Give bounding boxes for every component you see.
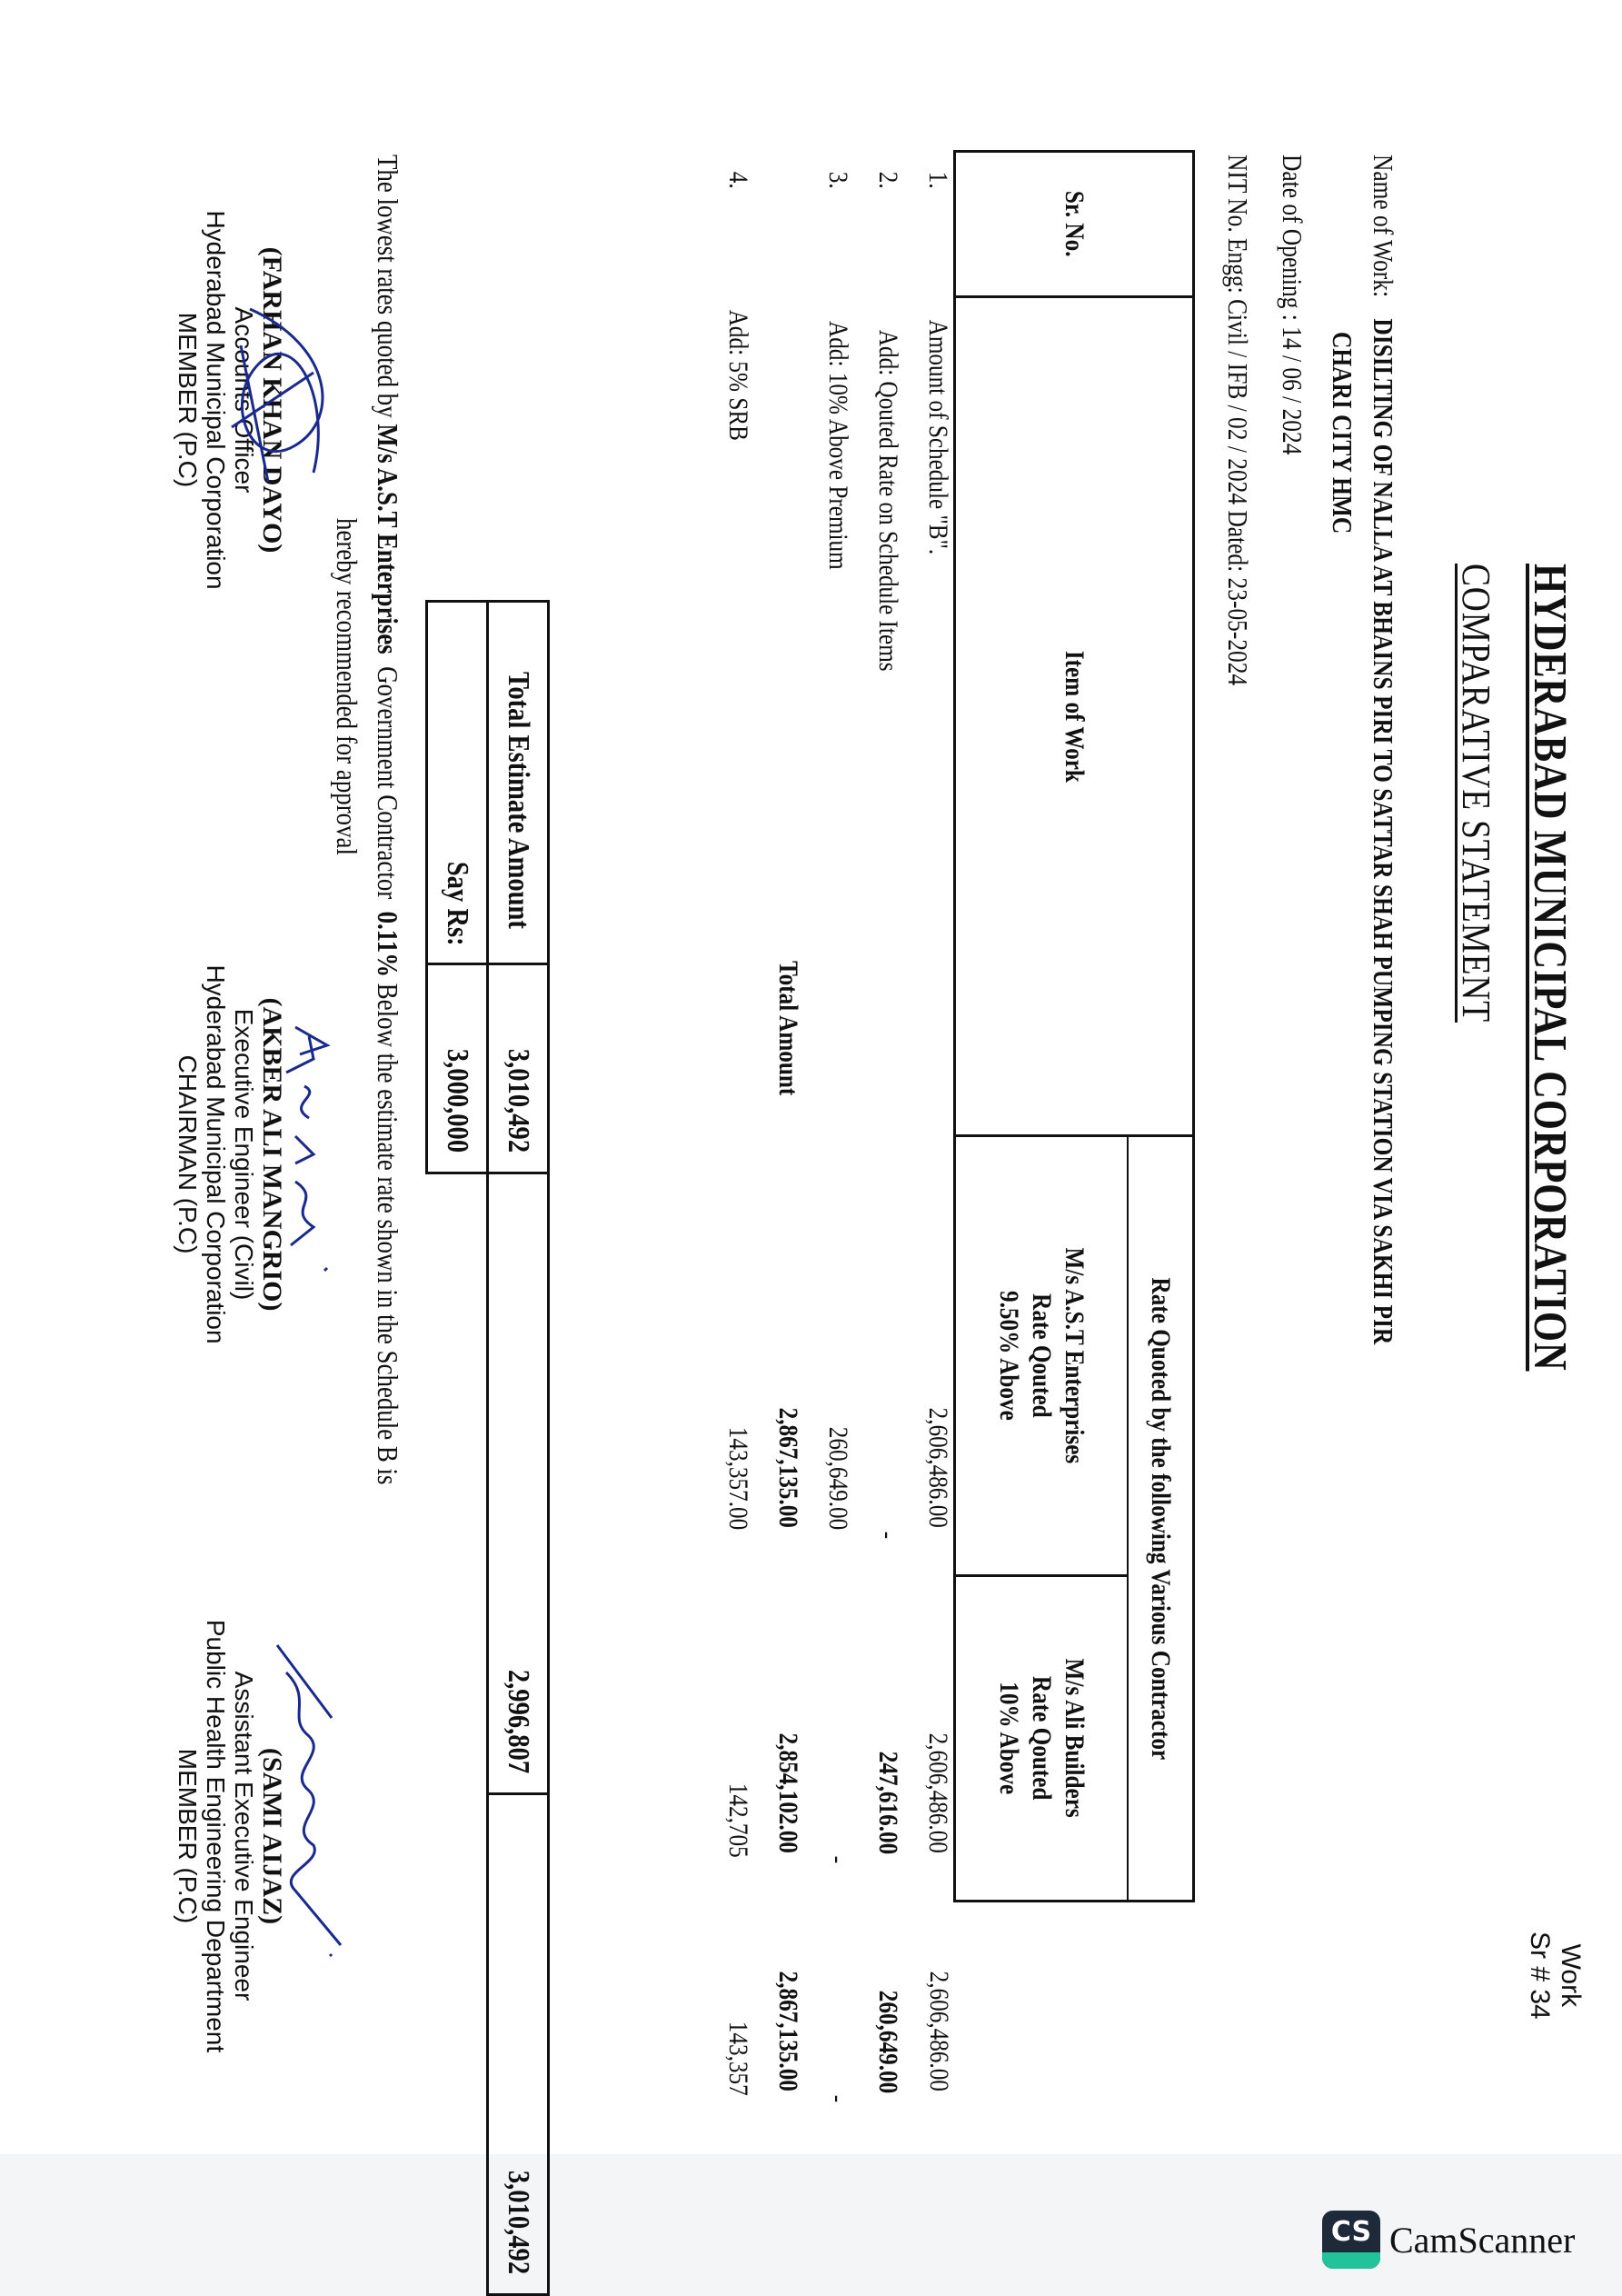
signature-farhan-icon — [214, 291, 350, 509]
table-body: 1.Amount of Schedule "B".2,606,486.002,6… — [703, 152, 955, 2140]
row-ast-value: 142,705 — [703, 1576, 753, 1902]
signature-akber-icon — [268, 1018, 341, 1291]
ali-total-text: 3,010,492 — [501, 2171, 535, 2274]
ali-name: M/s Ali Builders — [1058, 1659, 1090, 1818]
cs-brand-text: CamScanner — [1389, 2219, 1575, 2261]
header-item-of-work: Item of Work — [955, 297, 1194, 1136]
signatory-org: Public Health Engineering Department — [202, 1582, 230, 2091]
row-item-text: Add: Qouted Rate on Schedule Items — [872, 329, 903, 671]
signatory-role: MEMBER (P.C) — [174, 1582, 202, 2091]
header-sr-no: Sr. No. — [955, 152, 1194, 297]
header-contractor-ali: M/s Ali Builders Rate Qouted 10% Above — [955, 1576, 1129, 1902]
table-row: Total Amount2,867,135.002,854,102.002,86… — [753, 152, 803, 2140]
signature-sami-icon — [250, 1636, 350, 1963]
row-estimate: 2,867,135.00 — [753, 1136, 803, 1576]
org-title: HYDERABAD MUNICIPAL CORPORATION — [1523, 564, 1577, 1372]
row-item-text: Add: 5% SRB — [722, 309, 753, 440]
row-estimate-text: - — [872, 1531, 903, 1538]
recommendation-line2: hereby recommended for approval — [330, 518, 363, 855]
row-estimate: 2,606,486.00 — [903, 1136, 955, 1576]
header-rate-text: Rate Quoted by the following Various Con… — [1145, 1277, 1176, 1760]
nit-number: NIT No. Engg: Civil / IFB / 02 / 2024 Da… — [1221, 155, 1254, 685]
row-item: Amount of Schedule "B". — [903, 297, 955, 1136]
row-ali-value-text: 2,867,135.00 — [772, 1972, 803, 2091]
empty-cell — [427, 1173, 488, 1793]
total-estimate-label: Total Estimate Amount — [488, 602, 549, 964]
total-estimate-value-text: 3,010,492 — [501, 1049, 535, 1153]
row-estimate: 260,649.00 — [803, 1136, 853, 1576]
totals-table: Total Estimate Amount 3,010,492 2,996,80… — [425, 600, 550, 2296]
ast-sub: Rate Qouted — [1025, 1248, 1058, 1464]
row-ali-value: - — [803, 1901, 853, 2139]
header-ast-block: M/s A.S.T Enterprises Rate Qouted 9.50% … — [992, 1248, 1090, 1464]
doc-title: COMPARATIVE STATEMENT — [1453, 564, 1499, 1023]
name-of-work-line1: DISILTING OF NALLA AT BHAINS PIRI TO SAT… — [1368, 318, 1399, 1344]
work-label: Work — [1555, 1932, 1586, 2020]
header-ali-block: M/s Ali Builders Rate Qouted 10% Above — [992, 1659, 1090, 1818]
table-row: 1.Amount of Schedule "B".2,606,486.002,6… — [903, 152, 955, 2140]
table-row: 3.Add: 10% Above Premium260,649.00-- — [803, 152, 853, 2140]
recommendation-line1: The lowest rates quoted by M/s A.S.T Ent… — [371, 155, 404, 1827]
row-ali-value: 143,357 — [703, 1901, 753, 2139]
table-row: 2.Add: Qouted Rate on Schedule Items-247… — [853, 152, 903, 2140]
signatory-designation: Executive Engineer (Civil) — [230, 900, 258, 1409]
row-sr-no — [753, 152, 803, 297]
signatory-org: Hyderabad Municipal Corporation — [202, 900, 230, 1409]
row-item: Add: 5% SRB — [703, 297, 753, 1136]
date-of-opening: Date of Opening : 14 / 06 / 2024 — [1276, 155, 1309, 454]
header-rate-group: Rate Quoted by the following Various Con… — [1128, 1136, 1194, 1902]
row-ast-value-text: 2,606,486.00 — [922, 1733, 953, 1853]
name-of-work-line2-text: CHARI CITY HMC — [1327, 332, 1358, 534]
row-ast-value-text: - — [822, 1856, 853, 1863]
row-sr-no-text: 1. — [922, 171, 953, 188]
row-sr-no: 1. — [903, 152, 955, 297]
row-estimate-text: 2,867,135.00 — [772, 1408, 803, 1528]
ali-rate: 10% Above — [992, 1659, 1025, 1818]
row-item: Add: 10% Above Premium — [803, 297, 853, 1136]
name-of-work-line2: CHARI CITY HMC — [1326, 332, 1358, 534]
comparative-table: Sr. No. Item of Work Rate Quoted by the … — [703, 150, 1195, 2141]
row-ast-value-text: 247,616.00 — [872, 1752, 903, 1854]
row-ast-value-text: 142,705 — [722, 1783, 753, 1858]
say-rs-label-text: Say Rs: — [440, 862, 474, 946]
row-estimate-text: 2,606,486.00 — [922, 1408, 953, 1528]
row-sr-no: 3. — [803, 152, 853, 297]
row-sr-no-text: 2. — [872, 171, 903, 188]
say-rs-label: Say Rs: — [427, 602, 488, 964]
camscanner-logo: CS CamScanner — [1322, 2211, 1575, 2269]
work-sr-number: Work Sr # 34 — [1524, 1932, 1586, 2020]
empty-cell — [427, 1794, 488, 2295]
ast-total: 2,996,807 — [488, 1173, 549, 1793]
header-contractor-ast: M/s A.S.T Enterprises Rate Qouted 9.50% … — [955, 1136, 1129, 1576]
ali-sub: Rate Qouted — [1025, 1659, 1058, 1818]
row-item: Add: Qouted Rate on Schedule Items — [853, 297, 903, 1136]
rec-mid: Government Contractor — [372, 654, 404, 912]
row-ali-value: 2,606,486.00 — [903, 1901, 955, 2139]
row-sr-no: 4. — [703, 152, 753, 297]
table-row: 4.Add: 5% SRB143,357.00142,705143,357 — [703, 152, 753, 2140]
ast-rate: 9.50% Above — [992, 1248, 1025, 1464]
row-estimate-text: 143,357.00 — [722, 1426, 753, 1529]
rec-pct: 0.11% — [372, 912, 404, 977]
row-ali-value-text: 143,357 — [722, 2021, 753, 2096]
header-sr-no-text: Sr. No. — [1059, 191, 1090, 257]
row-ast-value-text: 2,854,102.00 — [772, 1733, 803, 1853]
row-sr-no-text: 4. — [722, 171, 753, 188]
ast-total-text: 2,996,807 — [501, 1670, 535, 1773]
ast-name: M/s A.S.T Enterprises — [1058, 1248, 1090, 1464]
total-estimate-label-text: Total Estimate Amount — [501, 672, 535, 929]
row-ali-value: 2,867,135.00 — [753, 1901, 803, 2139]
signatory-role: CHAIRMAN (P.C) — [174, 900, 202, 1409]
row-estimate-text: 260,649.00 — [822, 1426, 853, 1529]
row-ast-value: 2,854,102.00 — [753, 1576, 803, 1902]
row-item-text: Total Amount — [772, 961, 803, 1095]
name-of-work-label: Name of Work: — [1367, 155, 1399, 318]
say-rs-value-text: 3,000,000 — [440, 1049, 474, 1153]
scanned-page: Work Sr # 34 HYDERABAD MUNICIPAL CORPORA… — [0, 0, 1622, 2296]
row-ast-value: 247,616.00 — [853, 1576, 903, 1902]
row-sr-no: 2. — [853, 152, 903, 297]
cs-badge-icon: CS — [1322, 2211, 1380, 2269]
name-of-work: Name of Work:DISILTING OF NALLA AT BHAIN… — [1367, 155, 1399, 1344]
row-item: Total Amount — [753, 297, 803, 1136]
row-estimate: 143,357.00 — [703, 1136, 753, 1576]
ali-total: 3,010,492 — [488, 1794, 549, 2295]
row-ali-value-text: 260,649.00 — [872, 1990, 903, 2092]
rec-firm: M/s A.S.T Enterprises — [372, 424, 404, 654]
cs-badge-text: CS — [1322, 2216, 1380, 2248]
row-ast-value: 2,606,486.00 — [903, 1576, 955, 1902]
rec-post: Below the estimate rate shown in the Sch… — [372, 977, 404, 1484]
signatory-role: MEMBER (P.C) — [174, 145, 202, 654]
row-sr-no-text: 3. — [822, 171, 853, 188]
sr-label: Sr # 34 — [1524, 1932, 1555, 2020]
row-ali-value-text: 2,606,486.00 — [924, 1972, 955, 2091]
row-item-text: Add: 10% Above Premium — [822, 321, 853, 570]
say-rs-value: 3,000,000 — [427, 964, 488, 1173]
rec-pre: The lowest rates quoted by — [372, 155, 404, 424]
row-ast-value: - — [803, 1576, 853, 1902]
header-item-text: Item of Work — [1059, 650, 1090, 782]
row-ali-value-text: - — [822, 2094, 853, 2101]
row-estimate: - — [853, 1136, 903, 1576]
row-item-text: Amount of Schedule "B". — [922, 319, 953, 554]
row-ali-value: 260,649.00 — [853, 1901, 903, 2139]
total-estimate-value: 3,010,492 — [488, 964, 549, 1173]
